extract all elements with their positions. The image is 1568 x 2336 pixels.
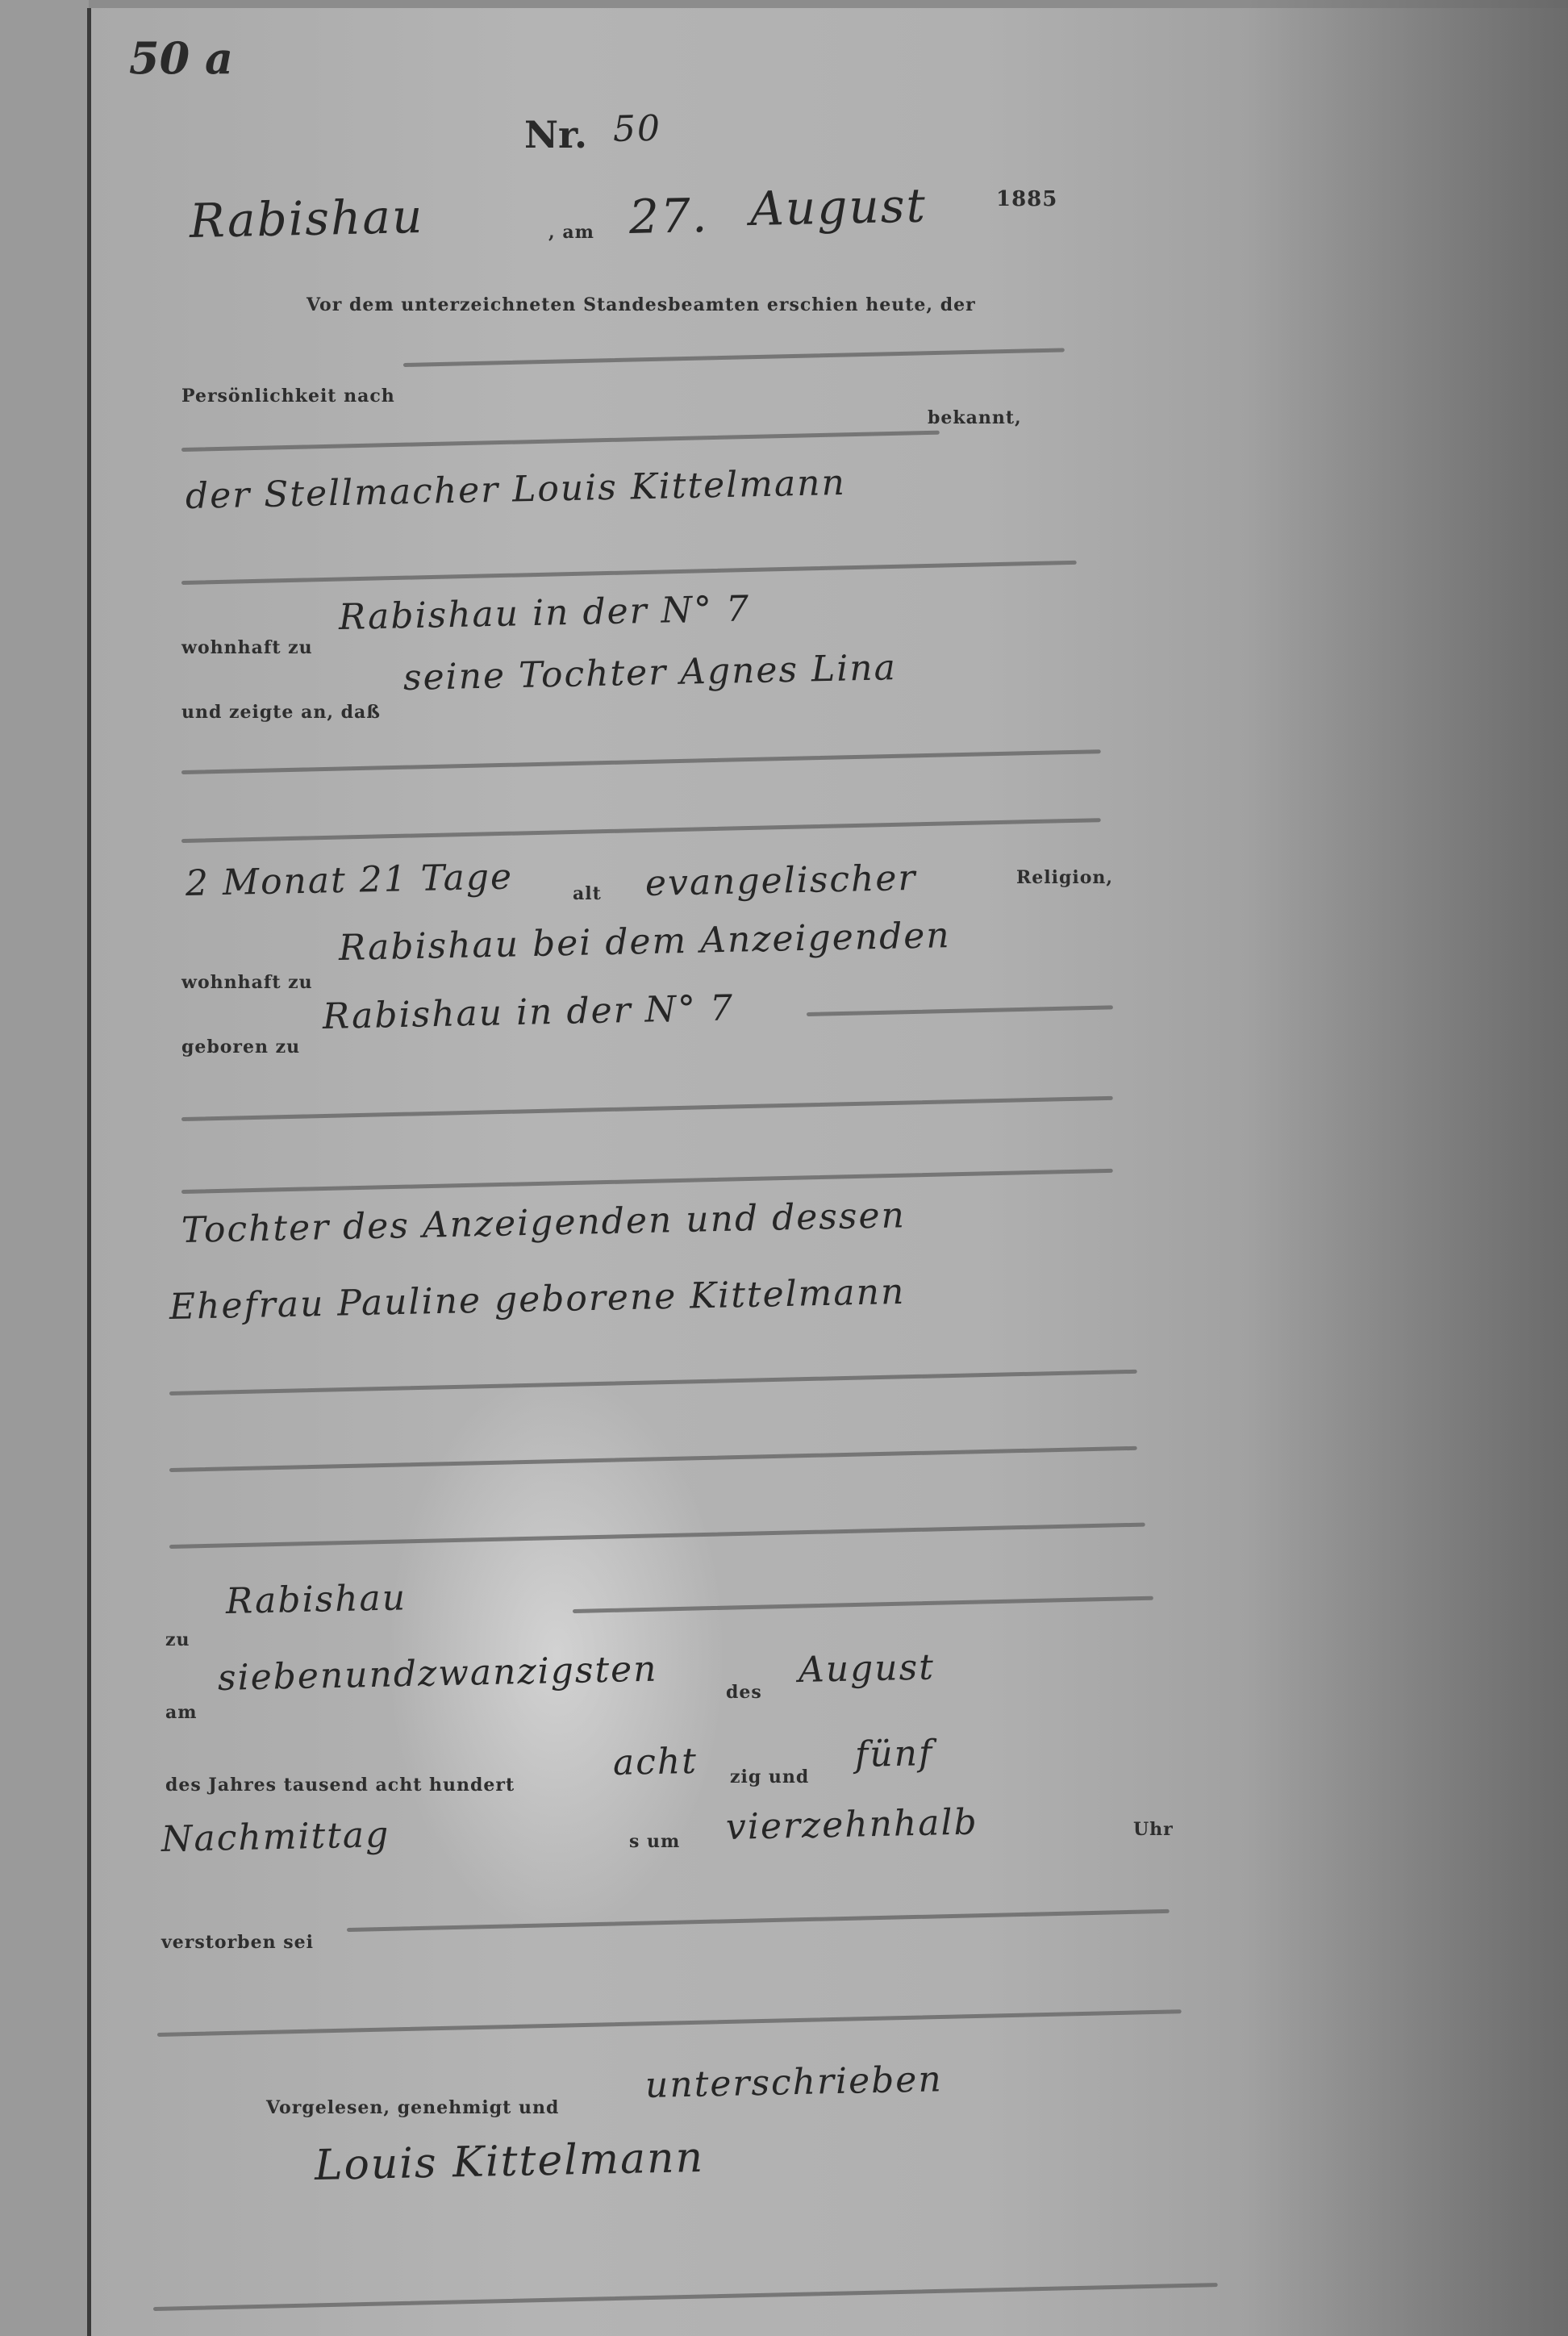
born-label: geboren zu [181,1037,300,1057]
date-day: 27. [628,188,709,244]
intro-text: Vor dem unterzeichneten Standesbeamten e… [307,294,976,315]
read-approved-label: Vorgelesen, genehmigt und [266,2097,559,2118]
died-label: verstorben sei [161,1932,314,1953]
death-place: Rabishau [225,1577,407,1622]
page-shadow [1245,0,1568,2336]
year-units: fünf [854,1733,933,1775]
corner-mark: 50 a [129,32,233,84]
time-value: vierzehnhalb [725,1801,978,1848]
identity-label: Persönlichkeit nach [181,386,395,407]
clock-label: Uhr [1133,1819,1174,1840]
religion: evangelischer [644,857,916,904]
deceased-residence-label: wohnhaft zu [181,972,313,993]
year-zig-label: zig und [730,1767,809,1787]
known-suffix: bekannt, [928,407,1022,428]
time-of-day: Nachmittag [161,1814,390,1860]
page-margin [0,0,89,2336]
religion-label: Religion, [1016,867,1113,888]
year-tens: acht [612,1741,698,1783]
age-label: alt [573,883,602,904]
age: 2 Monat 21 Tage [185,857,513,904]
record-number: 50 [612,108,661,150]
signature: Louis Kittelmann [314,2134,704,2190]
place: Rabishau [189,189,424,248]
residence-label: wohnhaft zu [181,637,313,658]
number-label: Nr. [524,113,587,156]
year-label: des Jahres tausend acht hundert [165,1775,515,1796]
death-month-label: des [726,1682,762,1703]
date-month: August [749,177,927,236]
death-day-label: am [165,1702,198,1723]
death-month: August [798,1646,935,1691]
date-year: 1885 [996,187,1057,211]
time-label: s um [629,1831,680,1852]
residence: Rabishau in der N° 7 [338,588,750,638]
report-label: und zeigte an, daß [181,702,381,723]
birthplace: Rabishau in der N° 7 [322,987,734,1037]
death-place-label: zu [165,1629,190,1650]
signed-word: unterschrieben [644,2059,943,2106]
am-label: , am [548,222,594,243]
